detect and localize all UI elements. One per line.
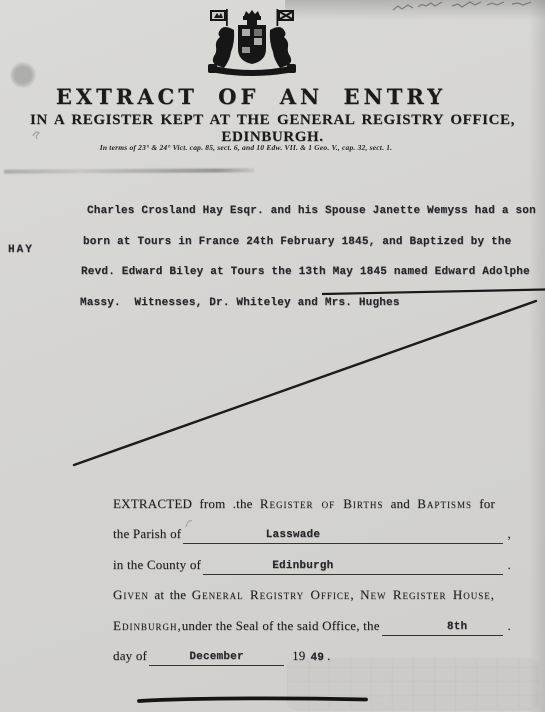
- extracted-line: EXTRACTED from .the Register of Births a…: [113, 496, 495, 516]
- seal-label: under the Seal of the said Office, the: [182, 618, 380, 634]
- extracted-pre: EXTRACTED from .the: [113, 496, 260, 511]
- document-title: EXTRACT OF AN ENTRY: [0, 84, 502, 109]
- given-mid1: at the: [149, 587, 192, 602]
- day-suffix: .: [327, 648, 330, 664]
- document-subtitle: IN A REGISTER KEPT AT THE GENERAL REGIST…: [0, 112, 545, 146]
- day-row: day of December 19 49 .: [113, 648, 511, 668]
- county-row: in the County of Edinburgh .: [113, 557, 511, 577]
- document-page: EXTRACT OF AN ENTRY IN A REGISTER KEPT A…: [0, 0, 545, 712]
- month-field: December: [149, 648, 284, 666]
- scan-shadow-top: [285, 0, 545, 20]
- statute-citation: In terms of 23° & 24° Vict. cap. 85, sec…: [0, 143, 492, 152]
- entry-line: Charles Crosland Hay Esqr. and his Spous…: [87, 196, 536, 227]
- extracted-post: for: [472, 496, 495, 511]
- year-typed: 49: [310, 652, 324, 664]
- seal-date-field: 8th: [382, 618, 503, 636]
- seal-suffix: .: [508, 618, 511, 634]
- parish-field: Lasswade: [183, 526, 502, 544]
- entry-text: Charles Crosland Hay Esqr. and his Spous…: [80, 196, 536, 318]
- parish-suffix: ,: [508, 526, 511, 542]
- entry-line: Revd. Edward Biley at Tours the 13th May…: [81, 257, 536, 288]
- county-field: Edinburgh: [203, 557, 502, 575]
- month-value: December: [189, 651, 243, 663]
- entry-line: Massy. Witnesses, Dr. Whiteley and Mrs. …: [80, 288, 536, 319]
- county-suffix: .: [508, 557, 511, 573]
- edinburgh-label: Edinburgh,: [113, 618, 182, 634]
- parish-label: the Parish of: [113, 526, 181, 542]
- parish-row: the Parish of Lasswade ,: [113, 526, 511, 546]
- general-registry-office-label: General Registry Office,: [192, 587, 355, 602]
- seal-date-value: 8th: [447, 621, 467, 633]
- void-diagonal-stroke: [74, 301, 536, 465]
- extract-form: EXTRACTED from .the Register of Births a…: [113, 496, 511, 678]
- pencil-smudge-line: [4, 168, 254, 173]
- parish-value: Lasswade: [266, 529, 320, 541]
- entry-line: born at Tours in France 24th February 18…: [83, 227, 536, 258]
- county-label: in the County of: [113, 557, 201, 573]
- baptisms-label: Baptisms: [417, 496, 472, 511]
- margin-surname: HAY: [8, 244, 34, 256]
- new-register-house-label: New Register House,: [360, 587, 495, 602]
- county-value: Edinburgh: [272, 560, 333, 572]
- register-of-births-label: Register of Births: [260, 496, 383, 511]
- given-label: Given: [113, 587, 149, 602]
- scan-shadow-right: [529, 0, 545, 712]
- day-label: day of: [113, 648, 147, 664]
- given-line: Given at the General Registry Office, Ne…: [113, 587, 495, 607]
- seal-row: Edinburgh, under the Seal of the said Of…: [113, 618, 511, 638]
- extracted-mid: and: [383, 496, 417, 511]
- year-printed: 19: [292, 648, 305, 664]
- royal-coat-of-arms-icon: [204, 8, 300, 80]
